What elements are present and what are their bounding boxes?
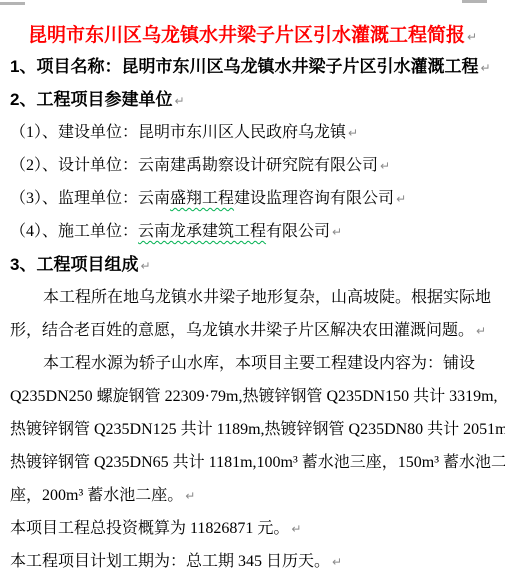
- heading-project-name: 1、项目名称：昆明市东川区乌龙镇水井梁子片区引水灌溉工程↵: [10, 50, 499, 83]
- paragraph-mark: ↵: [174, 94, 184, 108]
- paragraph-mark: ↵: [380, 159, 390, 173]
- body-line: 形，结合老百姓的意愿，乌龙镇水井梁子片区解决农田灌溉问题。↵: [10, 314, 499, 347]
- paragraph-mark: ↵: [396, 192, 406, 206]
- document-title-row: 昆明市东川区乌龙镇水井梁子片区引水灌溉工程简报↵: [0, 0, 505, 50]
- participant-underlined-text: 盛翔工程: [170, 190, 234, 207]
- page-boundary-mark-right: [462, 0, 487, 3]
- paragraph-mark: ↵: [480, 61, 490, 75]
- paragraph-mark: ↵: [291, 522, 301, 536]
- participant-text: 昆明市东川区人民政府乌龙镇: [138, 124, 346, 141]
- participant-row: （4）、施工单位：云南龙承建筑工程有限公司↵: [10, 215, 499, 248]
- participant-label: （4）、施工单位：: [10, 223, 138, 240]
- participant-label: （1）、建设单位：: [10, 124, 138, 141]
- body-line: 座，200m³ 蓄水池二座。↵: [10, 479, 499, 512]
- participant-text: 云南建禹勘察设计研究院有限公司: [138, 157, 378, 174]
- paragraph-mark: ↵: [476, 324, 486, 338]
- document-body: 1、项目名称：昆明市东川区乌龙镇水井梁子片区引水灌溉工程↵ 2、工程项目参建单位…: [0, 50, 505, 578]
- participant-label: （3）、监理单位：: [10, 190, 138, 207]
- body-line: 本项目工程总投资概算为 11826871 元。↵: [10, 512, 499, 545]
- document-title: 昆明市东川区乌龙镇水井梁子片区引水灌溉工程简报: [28, 25, 465, 46]
- page-boundary-mark-left: [0, 2, 25, 5]
- paragraph-mark: ↵: [348, 126, 358, 140]
- heading-participants: 2、工程项目参建单位↵: [10, 83, 499, 116]
- participant-text: 云南: [138, 190, 170, 207]
- body-line: 热镀锌钢管 Q235DN65 共计 1181m,100m³ 蓄水池三座，150m…: [10, 446, 499, 479]
- participant-row: （2）、设计单位：云南建禹勘察设计研究院有限公司↵: [10, 149, 499, 182]
- body-line: 本工程项目计划工期为：总工期 345 日历天。↵: [10, 545, 499, 578]
- participant-label: （2）、设计单位：: [10, 157, 138, 174]
- paragraph-mark: ↵: [467, 30, 477, 44]
- paragraph-mark: ↵: [332, 555, 342, 569]
- participant-row: （3）、监理单位：云南盛翔工程建设监理咨询有限公司↵: [10, 182, 499, 215]
- document-page: 昆明市东川区乌龙镇水井梁子片区引水灌溉工程简报↵ 1、项目名称：昆明市东川区乌龙…: [0, 0, 505, 579]
- body-line: 本工程水源为轿子山水库，本项目主要工程建设内容为：铺设: [10, 347, 499, 380]
- body-line: 本工程所在地乌龙镇水井梁子地形复杂，山高坡陡。根据实际地: [10, 281, 499, 314]
- heading-composition: 3、工程项目组成↵: [10, 248, 499, 281]
- body-line: Q235DN250 螺旋钢管 22309·79m,热镀锌钢管 Q235DN150…: [10, 380, 499, 413]
- participant-text: 有限公司: [266, 223, 330, 240]
- paragraph-mark: ↵: [140, 259, 150, 273]
- body-line: 热镀锌钢管 Q235DN125 共计 1189m,热镀锌钢管 Q235DN80 …: [10, 413, 499, 446]
- participant-text: 建设监理咨询有限公司: [234, 190, 394, 207]
- paragraph-mark: ↵: [185, 489, 195, 503]
- paragraph-mark: ↵: [332, 225, 342, 239]
- participant-underlined-text: 云南龙承建筑工程: [138, 223, 266, 240]
- participant-row: （1）、建设单位：昆明市东川区人民政府乌龙镇↵: [10, 116, 499, 149]
